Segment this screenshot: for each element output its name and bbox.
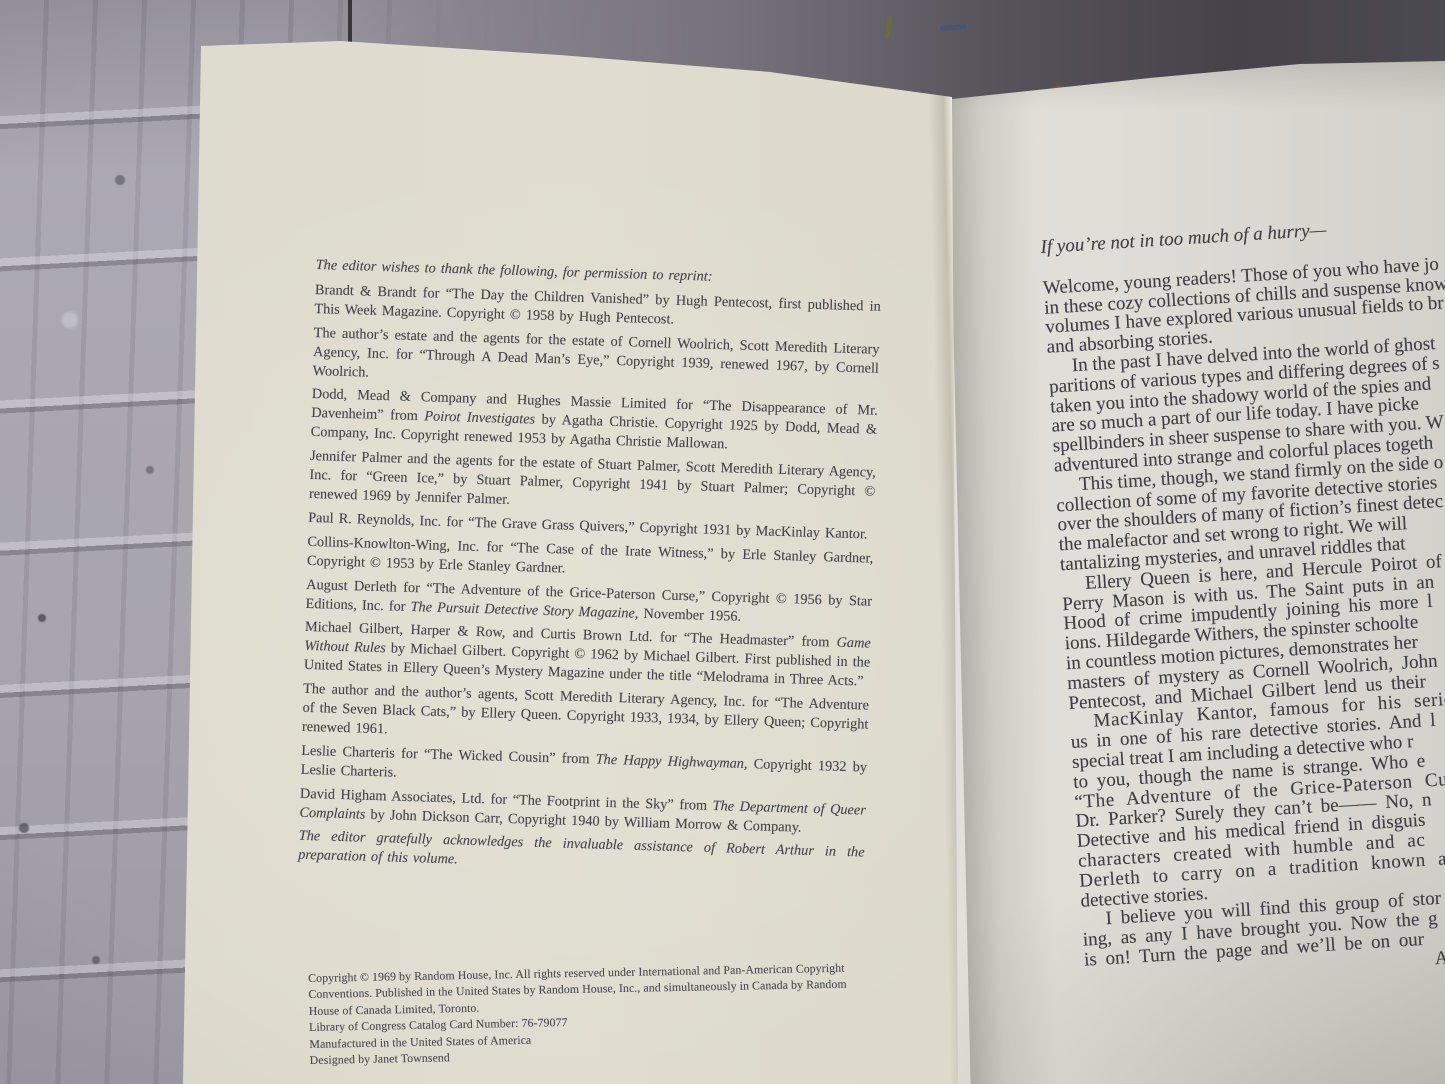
- text-segment: The author’s estate and the agents for t…: [312, 325, 879, 380]
- acknowledgment-paragraph: Jennifer Palmer and the agents for the e…: [309, 447, 876, 520]
- italic-title: Poirot Investigates: [424, 409, 535, 428]
- acknowledgments-list: Brandt & Brandt for “The Day the Childre…: [299, 281, 881, 839]
- introduction-heading: If you’re not in too much of a hurry—: [1040, 209, 1445, 257]
- text-segment: Jennifer Palmer and the agents for the e…: [309, 448, 876, 508]
- text-segment: November 1956.: [638, 605, 741, 624]
- right-page-lines: Welcome, young readers! Those of you who…: [1042, 250, 1445, 970]
- italic-title: The Happy Highwayman,: [595, 751, 747, 771]
- acknowledgment-paragraph: Dodd, Mead & Company and Hughes Massie L…: [310, 385, 877, 458]
- signature-partial: A: [1434, 947, 1445, 969]
- acknowledgment-paragraph: The author and the author’s agents, Scot…: [302, 680, 869, 753]
- colophon: Copyright © 1969 by Random House, Inc. A…: [308, 958, 930, 1068]
- acknowledgment-paragraph: Michael Gilbert, Harper & Row, and Curti…: [304, 618, 871, 691]
- book-photo: The editor wishes to thank the following…: [0, 0, 1445, 1084]
- introduction-text-block: If you’re not in too much of a hurry— We…: [1040, 209, 1445, 990]
- italic-title: The Pursuit Detective Story Magazine,: [410, 598, 638, 621]
- acknowledgment-paragraph: The author’s estate and the agents for t…: [312, 324, 879, 397]
- acknowledgments-text-block: The editor wishes to thank the following…: [298, 256, 882, 882]
- text-segment: The author and the author’s agents, Scot…: [302, 681, 869, 737]
- wall-seam-mark: [348, 0, 352, 46]
